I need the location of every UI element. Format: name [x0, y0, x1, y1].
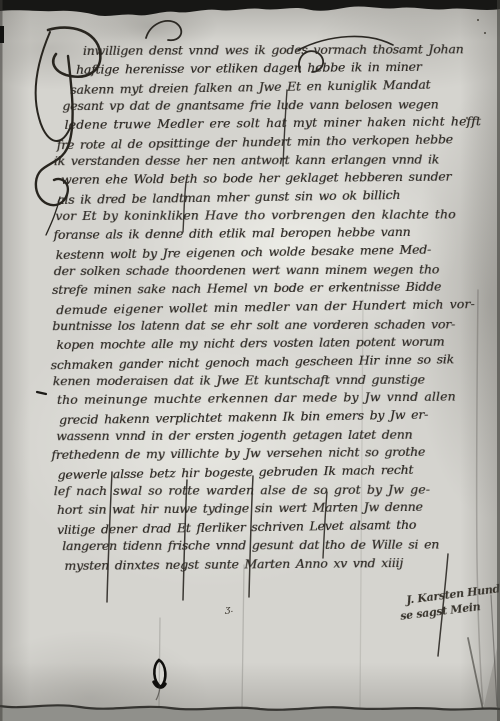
notary-center-mark: ʒ. — [225, 604, 233, 615]
handwriting-line: frethedenn de my villichte by Jw versehe… — [51, 444, 425, 462]
handwriting-line: fre rote al de opsittinge der hundert mi… — [57, 131, 453, 152]
handwriting-line: tho meinunge muchte erkennen dar mede by… — [57, 389, 456, 407]
handwriting-line: langeren tidenn frische vnnd gesunt dat … — [62, 537, 439, 554]
handwriting-line: kopen mochte alle my nicht ders vosten l… — [56, 334, 444, 352]
handwriting-line: kenen moderaisen dat ik Jwe Et kuntschaf… — [53, 372, 425, 389]
handwriting-line: wassenn vnnd in der ersten jogenth getag… — [56, 427, 412, 444]
handwriting-line: vor Et by koninkliken Have tho vorbrenge… — [55, 206, 455, 223]
handwriting-line: hort sin wat hir nuwe tydinge sin wert M… — [57, 499, 423, 517]
handwriting-line: weren ehe Wold beth so bode her geklaget… — [61, 169, 451, 187]
handwriting-line: mysten dinxtes negst sunte Marten Anno x… — [64, 555, 403, 573]
handwriting-line: der solken schade thoordenen wert wann m… — [54, 262, 439, 279]
handwriting-line: lef nach swal so rotte warden alse de so… — [54, 482, 430, 499]
handwriting-line: kestenn wolt by Jre eigenen och wolde be… — [55, 242, 431, 263]
handwriting-line: ik verstanden desse her nen antwort kann… — [54, 152, 439, 169]
handwriting-line: ledene truwe Medler ere solt hat myt min… — [64, 113, 481, 132]
handwriting-line: strefe minen sake nach Hemel vn bode er … — [52, 279, 441, 297]
handwriting-line: sakenn myt dreien falken an Jwe Et en ku… — [70, 77, 430, 97]
handwriting-line: haftige herenisse vor etliken dagen hebb… — [76, 59, 422, 77]
handwriting-line: foranse als ik denne dith etlik mal bero… — [53, 224, 410, 242]
handwriting-line: vlitige dener drad Et flerliker schriven… — [57, 517, 416, 537]
handwriting-line: schmaken gander nicht genoch mach gesche… — [50, 351, 454, 372]
manuscript-scan: inwilligen denst vnnd wes ik godes vorma… — [0, 0, 500, 721]
handwriting-line: grecid hakenn verplichtet makenn Ik bin … — [59, 407, 428, 427]
handwriting-line: gewerle alsse betz hir bogeste gebruden … — [57, 462, 413, 482]
handwriting-line: demude eigener wollet min medler van der… — [56, 296, 475, 317]
handwriting-line: gesant vp dat de gnantsame frie lude van… — [62, 97, 438, 114]
handwriting-line: buntnisse los latenn dat se ehr solt ane… — [52, 316, 455, 333]
handwriting-line: als ik dred be landtman mher gunst sin w… — [57, 187, 400, 207]
handwriting-line: inwilligen denst vnnd wes ik godes vorma… — [83, 41, 464, 58]
